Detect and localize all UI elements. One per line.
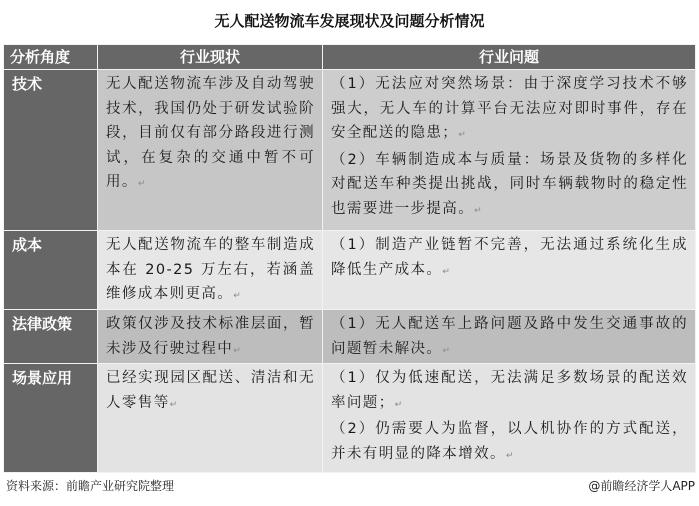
row-status: 无人配送物流车涉及自动驾驶技术，我国仍处于研发试验阶段，目前仅有部分路段进行测试… <box>98 70 323 231</box>
paragraph-mark-icon: ↵ <box>233 291 241 301</box>
paragraph-mark-icon: ↵ <box>233 346 241 356</box>
row-category: 场景应用 <box>4 364 98 473</box>
row-category: 技术 <box>4 70 98 231</box>
paragraph-mark-icon: ↵ <box>138 179 146 189</box>
source-note: 资料来源：前瞻产业研究院整理 <box>6 477 174 494</box>
paragraph-mark-icon: ↵ <box>458 130 466 140</box>
issue-item: （1）仅为低速配送，无法满足多数场景的配送效率问题； <box>331 370 688 411</box>
row-status: 已经实现园区配送、清洁和无人零售等↵ <box>98 364 323 473</box>
row-issues: （1）无法应对突然场景：由于深度学习技术不够强大，无人车的计算平台无法应对即时事… <box>323 70 696 231</box>
paragraph-mark-icon: ↵ <box>170 400 178 410</box>
header-industry-status: 行业现状 <box>98 45 323 70</box>
issue-item: （1）无人配送车上路问题及路中发生交通事故的问题暂未解决。 <box>331 316 688 357</box>
table-row-scenario-application: 场景应用 已经实现园区配送、清洁和无人零售等↵ （1）仅为低速配送，无法满足多数… <box>4 364 696 473</box>
row-issues: （1）制造产业链暂不完善，无法通过系统化生成降低生产成本。↵ <box>323 231 696 310</box>
table-row-cost: 成本 无人配送物流车的整车制造成本在 20-25 万左右，若涵盖维修成本则更高。… <box>4 231 696 310</box>
table-header-row: 分析角度 行业现状 行业问题 <box>4 45 696 70</box>
paragraph-mark-icon: ↵ <box>474 206 482 216</box>
paragraph-mark-icon: ↵ <box>442 346 450 356</box>
issue-item: （1）制造产业链暂不完善，无法通过系统化生成降低生产成本。 <box>331 237 688 278</box>
table-row-legal-policy: 法律政策 政策仅涉及技术标准层面，暂未涉及行驶过程中↵ （1）无人配送车上路问题… <box>4 310 696 364</box>
status-text: 无人配送物流车的整车制造成本在 20-25 万左右，若涵盖维修成本则更高。 <box>106 237 315 302</box>
row-issues: （1）仅为低速配送，无法满足多数场景的配送效率问题；↵ （2）仍需要人为监督，以… <box>323 364 696 473</box>
row-issues: （1）无人配送车上路问题及路中发生交通事故的问题暂未解决。↵ <box>323 310 696 364</box>
row-status: 无人配送物流车的整车制造成本在 20-25 万左右，若涵盖维修成本则更高。↵ <box>98 231 323 310</box>
paragraph-mark-icon: ↵ <box>442 267 450 277</box>
table-row-technology: 技术 无人配送物流车涉及自动驾驶技术，我国仍处于研发试验阶段，目前仅有部分路段进… <box>4 70 696 231</box>
paragraph-mark-icon: ↵ <box>506 451 514 461</box>
credit-label: @前瞻经济学人APP <box>588 477 695 494</box>
status-text: 政策仅涉及技术标准层面，暂未涉及行驶过程中 <box>106 316 315 357</box>
issue-item: （2）车辆制造成本与质量：场景及货物的多样化对配送车种类提出挑战，同时车辆载物时… <box>331 152 688 217</box>
header-analysis-angle: 分析角度 <box>4 45 98 70</box>
header-industry-issues: 行业问题 <box>323 45 696 70</box>
row-category: 法律政策 <box>4 310 98 364</box>
paragraph-mark-icon: ↵ <box>395 400 403 410</box>
analysis-table: 分析角度 行业现状 行业问题 技术 无人配送物流车涉及自动驾驶技术，我国仍处于研… <box>3 44 696 473</box>
issue-item: （1）无法应对突然场景：由于深度学习技术不够强大，无人车的计算平台无法应对即时事… <box>331 76 688 141</box>
row-category: 成本 <box>4 231 98 310</box>
status-text: 已经实现园区配送、清洁和无人零售等 <box>106 370 315 411</box>
page-title: 无人配送物流车发展现状及问题分析情况 <box>0 10 699 31</box>
row-status: 政策仅涉及技术标准层面，暂未涉及行驶过程中↵ <box>98 310 323 364</box>
status-text: 无人配送物流车涉及自动驾驶技术，我国仍处于研发试验阶段，目前仅有部分路段进行测试… <box>106 76 315 190</box>
